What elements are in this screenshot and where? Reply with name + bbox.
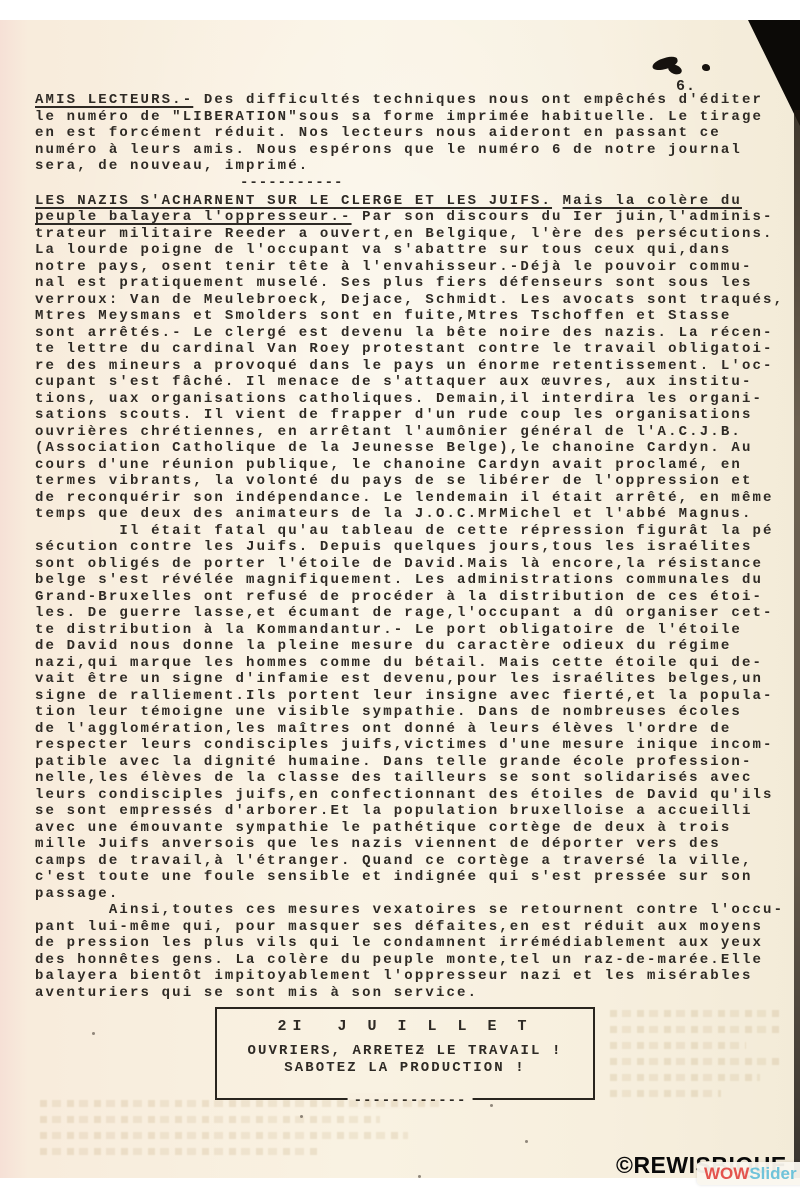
text-segment: sations scouts. Il vient de frapper d'un… bbox=[35, 407, 753, 423]
text-line: LES NAZIS S'ACHARNENT SUR LE CLERGE ET L… bbox=[35, 193, 781, 210]
paragraph: AMIS LECTEURS.- Des difficultés techniqu… bbox=[35, 92, 781, 175]
text-segment: ouvrières chrétiennes, en arrêtant l'aum… bbox=[35, 424, 742, 440]
text-line: numéro à leurs amis. Nous espérons que l… bbox=[35, 142, 781, 159]
text-line: tions, uax organisations catholiques. De… bbox=[35, 391, 781, 408]
text-segment bbox=[552, 193, 563, 209]
text-line: de l'agglomération,les maîtres ont donné… bbox=[35, 721, 781, 738]
scanned-page: 6. AMIS LECTEURS.- Des difficultés techn… bbox=[0, 20, 800, 1178]
text-segment: Ainsi,toutes ces mesures vexatoires se r… bbox=[35, 902, 781, 918]
text-segment: Des difficultés techniques nous ont empê… bbox=[193, 92, 763, 108]
text-segment: peuple balayera l'oppresseur.- bbox=[35, 209, 352, 225]
page-right-edge bbox=[794, 110, 800, 1178]
text-line: cours d'une réunion publique, le chanoin… bbox=[35, 457, 781, 474]
text-segment: mille Juifs anversois que les nazis vien… bbox=[35, 836, 721, 852]
text-line: vait être un signe d'infamie est devenu,… bbox=[35, 671, 781, 688]
text-line: des honnêtes gens. La colère du peuple m… bbox=[35, 952, 781, 969]
text-line: passage. bbox=[35, 886, 781, 903]
text-segment: tions, uax organisations catholiques. De… bbox=[35, 391, 763, 407]
text-line: nazi,qui marque les hommes comme du béta… bbox=[35, 655, 781, 672]
text-line: c'est toute une foule sensible et indign… bbox=[35, 869, 781, 886]
text-line: respecter leurs condisciples juifs,victi… bbox=[35, 737, 781, 754]
text-segment: balayera bientôt impitoyablement l'oppre… bbox=[35, 968, 753, 984]
text-segment: aventuriers qui se sont mis à son servic… bbox=[35, 985, 478, 1001]
text-segment: cupant s'est fâché. Il menace de s'attaq… bbox=[35, 374, 753, 390]
text-line: aventuriers qui se sont mis à son servic… bbox=[35, 985, 781, 1002]
text-segment: Mais la colère du bbox=[563, 193, 742, 209]
text-segment: des honnêtes gens. La colère du peuple m… bbox=[35, 952, 763, 968]
text-line: Ainsi,toutes ces mesures vexatoires se r… bbox=[35, 902, 781, 919]
text-segment: sera, de nouveau, imprimé. bbox=[35, 158, 309, 174]
text-line: Mtres Meysmans et Smolders sont en fuite… bbox=[35, 308, 781, 325]
text-line: sécution contre les Juifs. Depuis quelqu… bbox=[35, 539, 781, 556]
text-segment: camps de travail,à l'étranger. Quand ce … bbox=[35, 853, 753, 869]
text-segment: Grand-Bruxelles ont refusé de procéder à… bbox=[35, 589, 763, 605]
text-segment: sont arrêtés.- Le clergé est devenu la b… bbox=[35, 325, 774, 341]
text-line: verroux: Van de Meulebroeck, Dejace, Sch… bbox=[35, 292, 781, 309]
text-segment: respecter leurs condisciples juifs,victi… bbox=[35, 737, 774, 753]
text-segment: le numéro de "LIBERATION"sous sa forme i… bbox=[35, 109, 763, 125]
text-segment: re des mineurs a provoqué dans le pays u… bbox=[35, 358, 774, 374]
text-line: en est forcément réduit. Nos lecteurs no… bbox=[35, 125, 781, 142]
text-segment: numéro à leurs amis. Nous espérons que l… bbox=[35, 142, 742, 158]
text-segment: sécution contre les Juifs. Depuis quelqu… bbox=[35, 539, 753, 555]
text-segment: (Association Catholique de la Jeunesse B… bbox=[35, 440, 753, 456]
box-date: 2I J U I L L E T bbox=[217, 1018, 593, 1035]
text-segment: les. De guerre lasse,et écumant de rage,… bbox=[35, 605, 774, 621]
ink-blot-dot bbox=[702, 64, 710, 71]
box-slogan-2: SABOTEZ LA PRODUCTION ! bbox=[217, 1060, 593, 1076]
text-line: patible avec la dignité humaine. Dans te… bbox=[35, 754, 781, 771]
text-segment: La lourde poigne de l'occupant va s'abat… bbox=[35, 242, 731, 258]
text-segment: termes vibrants, la volonté du pays de s… bbox=[35, 473, 753, 489]
text-segment: AMIS LECTEURS.- bbox=[35, 92, 193, 108]
bleed-through bbox=[610, 1010, 780, 1106]
text-line: de David nous donne la pleine mesure du … bbox=[35, 638, 781, 655]
text-line: se sont empressés d'arborer.Et la popula… bbox=[35, 803, 781, 820]
text-line: mille Juifs anversois que les nazis vien… bbox=[35, 836, 781, 853]
text-segment: en est forcément réduit. Nos lecteurs no… bbox=[35, 125, 721, 141]
text-line: te lettre du cardinal Van Roey protestan… bbox=[35, 341, 781, 358]
separator-dashes: ----------- bbox=[35, 175, 781, 193]
typewritten-body: AMIS LECTEURS.- Des difficultés techniqu… bbox=[35, 92, 781, 1001]
text-segment: c'est toute une foule sensible et indign… bbox=[35, 869, 753, 885]
text-line: (Association Catholique de la Jeunesse B… bbox=[35, 440, 781, 457]
text-line: balayera bientôt impitoyablement l'oppre… bbox=[35, 968, 781, 985]
text-line: trateur militaire Reeder a ouvert,en Bel… bbox=[35, 226, 781, 243]
text-segment: passage. bbox=[35, 886, 119, 902]
text-line: Grand-Bruxelles ont refusé de procéder à… bbox=[35, 589, 781, 606]
text-line: termes vibrants, la volonté du pays de s… bbox=[35, 473, 781, 490]
text-line: AMIS LECTEURS.- Des difficultés techniqu… bbox=[35, 92, 781, 109]
text-segment: Mtres Meysmans et Smolders sont en fuite… bbox=[35, 308, 731, 324]
paragraph: LES NAZIS S'ACHARNENT SUR LE CLERGE ET L… bbox=[35, 193, 781, 1002]
text-line: notre pays, osent tenir tête à l'envahis… bbox=[35, 259, 781, 276]
text-segment: notre pays, osent tenir tête à l'envahis… bbox=[35, 259, 753, 275]
text-line: ouvrières chrétiennes, en arrêtant l'aum… bbox=[35, 424, 781, 441]
text-line: nelle,les élèves de la classe des taille… bbox=[35, 770, 781, 787]
text-line: peuple balayera l'oppresseur.- Par son d… bbox=[35, 209, 781, 226]
text-segment: Par son discours du Ier juin,l'adminis- bbox=[352, 209, 774, 225]
text-segment: nazi,qui marque les hommes comme du béta… bbox=[35, 655, 763, 671]
text-line: temps que deux des animateurs de la J.O.… bbox=[35, 506, 781, 523]
text-segment: signe de ralliement.Ils portent leur ins… bbox=[35, 688, 774, 704]
text-line: re des mineurs a provoqué dans le pays u… bbox=[35, 358, 781, 375]
text-segment: Il était fatal qu'au tableau de cette ré… bbox=[35, 523, 774, 539]
text-segment: trateur militaire Reeder a ouvert,en Bel… bbox=[35, 226, 774, 242]
text-segment: cours d'une réunion publique, le chanoin… bbox=[35, 457, 742, 473]
text-segment: de pression les plus vils qui le condamn… bbox=[35, 935, 763, 951]
text-line: camps de travail,à l'étranger. Quand ce … bbox=[35, 853, 781, 870]
text-line: te distribution à la Kommandantur.- Le p… bbox=[35, 622, 781, 639]
text-segment: sont obligés de porter l'étoile de David… bbox=[35, 556, 763, 572]
text-line: signe de ralliement.Ils portent leur ins… bbox=[35, 688, 781, 705]
badge-wow-text: WOW bbox=[704, 1164, 749, 1183]
text-line: sations scouts. Il vient de frapper d'un… bbox=[35, 407, 781, 424]
text-line: de pression les plus vils qui le condamn… bbox=[35, 935, 781, 952]
badge-slider-text: Slider bbox=[749, 1164, 796, 1183]
text-line: le numéro de "LIBERATION"sous sa forme i… bbox=[35, 109, 781, 126]
text-line: tion leur témoigne une visible sympathie… bbox=[35, 704, 781, 721]
bleed-through bbox=[40, 1100, 440, 1164]
text-segment: vait être un signe d'infamie est devenu,… bbox=[35, 671, 763, 687]
text-line: sont arrêtés.- Le clergé est devenu la b… bbox=[35, 325, 781, 342]
screenshot: 6. AMIS LECTEURS.- Des difficultés techn… bbox=[0, 0, 800, 1200]
text-segment: avec une émouvante sympathie le pathétiq… bbox=[35, 820, 731, 836]
text-line: leurs condisciples juifs,en confectionna… bbox=[35, 787, 781, 804]
text-segment: se sont empressés d'arborer.Et la popula… bbox=[35, 803, 753, 819]
text-segment: de l'agglomération,les maîtres ont donné… bbox=[35, 721, 731, 737]
text-segment: leurs condisciples juifs,en confectionna… bbox=[35, 787, 774, 803]
call-to-action-box: 2I J U I L L E T OUVRIERS, ARRETEZ LE TR… bbox=[215, 1007, 595, 1100]
box-slogan-1: OUVRIERS, ARRETEZ LE TRAVAIL ! bbox=[217, 1043, 593, 1059]
text-line: pant lui-même qui, pour masquer ses défa… bbox=[35, 919, 781, 936]
text-line: nal est pratiquement muselé. Ses plus fi… bbox=[35, 275, 781, 292]
text-segment: de reconquérir son indépendance. Le lend… bbox=[35, 490, 774, 506]
text-segment: tion leur témoigne une visible sympathie… bbox=[35, 704, 742, 720]
text-line: les. De guerre lasse,et écumant de rage,… bbox=[35, 605, 781, 622]
text-segment: te lettre du cardinal Van Roey protestan… bbox=[35, 341, 774, 357]
text-segment: te distribution à la Kommandantur.- Le p… bbox=[35, 622, 742, 638]
text-line: sera, de nouveau, imprimé. bbox=[35, 158, 781, 175]
text-segment: patible avec la dignité humaine. Dans te… bbox=[35, 754, 753, 770]
text-segment: belge s'est révélée magnifiquement. Les … bbox=[35, 572, 763, 588]
wowslider-badge[interactable]: WOWSlider bbox=[697, 1162, 800, 1185]
text-line: avec une émouvante sympathie le pathétiq… bbox=[35, 820, 781, 837]
text-segment: de David nous donne la pleine mesure du … bbox=[35, 638, 731, 654]
text-line: Il était fatal qu'au tableau de cette ré… bbox=[35, 523, 781, 540]
text-segment: nal est pratiquement muselé. Ses plus fi… bbox=[35, 275, 753, 291]
text-segment: temps que deux des animateurs de la J.O.… bbox=[35, 506, 753, 522]
text-line: sont obligés de porter l'étoile de David… bbox=[35, 556, 781, 573]
text-line: belge s'est révélée magnifiquement. Les … bbox=[35, 572, 781, 589]
text-line: de reconquérir son indépendance. Le lend… bbox=[35, 490, 781, 507]
ink-blot bbox=[667, 63, 683, 76]
text-segment: verroux: Van de Meulebroeck, Dejace, Sch… bbox=[35, 292, 781, 308]
text-line: La lourde poigne de l'occupant va s'abat… bbox=[35, 242, 781, 259]
text-segment: pant lui-même qui, pour masquer ses défa… bbox=[35, 919, 763, 935]
text-line: cupant s'est fâché. Il menace de s'attaq… bbox=[35, 374, 781, 391]
text-segment: LES NAZIS S'ACHARNENT SUR LE CLERGE ET L… bbox=[35, 193, 552, 209]
text-segment: nelle,les élèves de la classe des taille… bbox=[35, 770, 753, 786]
